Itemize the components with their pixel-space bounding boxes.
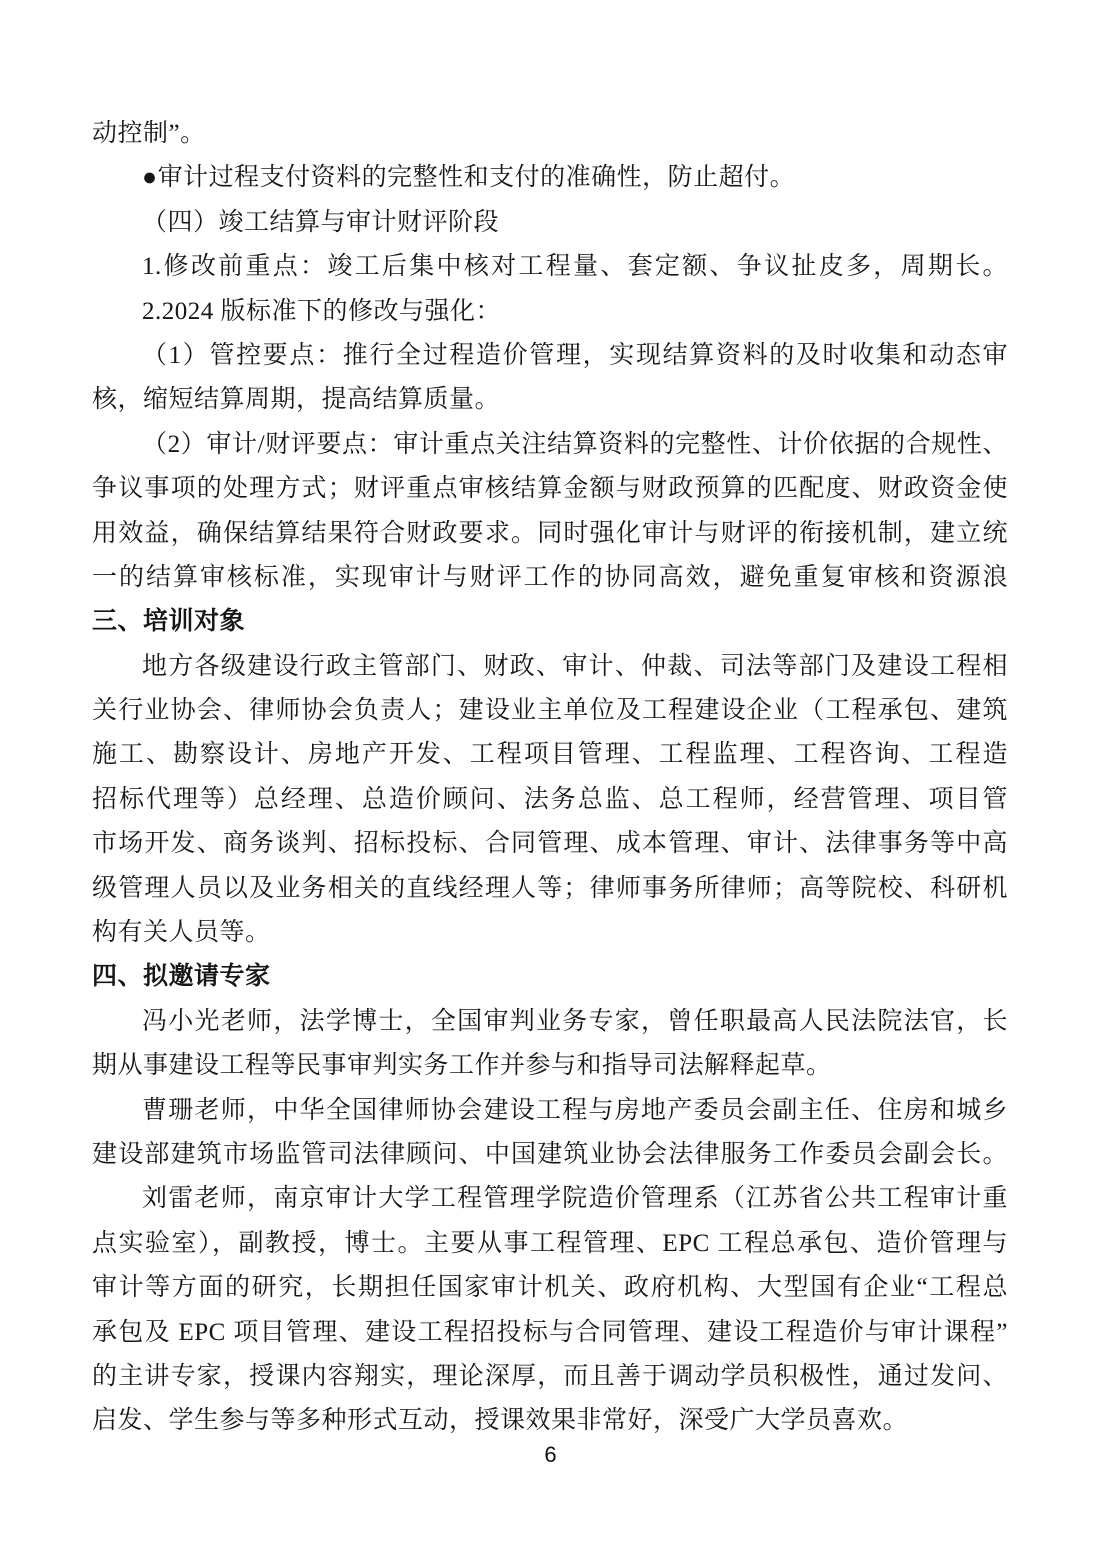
page-number: 6: [0, 1440, 1101, 1470]
text-line: 点实验室），副教授，博士。主要从事工程管理、EPC 工程总承包、造价管理与: [92, 1222, 1008, 1266]
text-line: 2.2024 版标准下的修改与强化：: [92, 290, 1008, 334]
text-line: 构有关人员等。: [92, 911, 1008, 955]
document-page: 动控制”。●审计过程支付资料的完整性和支付的准确性，防止超付。（四）竣工结算与审…: [0, 0, 1101, 1556]
text-line: 地方各级建设行政主管部门、财政、审计、仲裁、司法等部门及建设工程相: [92, 645, 1008, 689]
text-line: 动控制”。: [92, 112, 1008, 156]
text-line: （2）审计/财评要点：审计重点关注结算资料的完整性、计价依据的合规性、: [92, 423, 1008, 467]
text-line: 级管理人员以及业务相关的直线经理人等；律师事务所律师；高等院校、科研机: [92, 867, 1008, 911]
text-line: 冯小光老师，法学博士，全国审判业务专家，曾任职最高人民法院法官，长: [92, 1000, 1008, 1044]
text-line: （1）管控要点：推行全过程造价管理，实现结算资料的及时收集和动态审: [92, 334, 1008, 378]
text-line: 的主讲专家，授课内容翔实，理论深厚，而且善于调动学员积极性，通过发问、: [92, 1355, 1008, 1399]
text-line: 建设部建筑市场监管司法律顾问、中国建筑业协会法律服务工作委员会副会长。: [92, 1133, 1008, 1177]
text-line: 曹珊老师，中华全国律师协会建设工程与房地产委员会副主任、住房和城乡: [92, 1089, 1008, 1133]
text-line: 市场开发、商务谈判、招标投标、合同管理、成本管理、审计、法律事务等中高: [92, 822, 1008, 866]
text-line: （四）竣工结算与审计财评阶段: [92, 201, 1008, 245]
text-line: 招标代理等）总经理、总造价顾问、法务总监、总工程师，经营管理、项目管理、: [92, 778, 1008, 822]
text-line: 启发、学生参与等多种形式互动，授课效果非常好，深受广大学员喜欢。: [92, 1399, 1008, 1443]
text-line: 审计等方面的研究，长期担任国家审计机关、政府机构、大型国有企业“工程总: [92, 1266, 1008, 1310]
text-line: 一的结算审核标准，实现审计与财评工作的协同高效，避免重复审核和资源浪费。: [92, 556, 1008, 600]
document-body: 动控制”。●审计过程支付资料的完整性和支付的准确性，防止超付。（四）竣工结算与审…: [92, 112, 1008, 1444]
text-line: 争议事项的处理方式；财评重点审核结算金额与财政预算的匹配度、财政资金使: [92, 467, 1008, 511]
text-line: 刘雷老师，南京审计大学工程管理学院造价管理系（江苏省公共工程审计重: [92, 1177, 1008, 1221]
text-line: 1.修改前重点：竣工后集中核对工程量、套定额、争议扯皮多，周期长。: [92, 245, 1008, 289]
text-line: 三、培训对象: [92, 600, 1008, 644]
text-line: 关行业协会、律师协会负责人；建设业主单位及工程建设企业（工程承包、建筑: [92, 689, 1008, 733]
text-line: 施工、勘察设计、房地产开发、工程项目管理、工程监理、工程咨询、工程造价、: [92, 733, 1008, 777]
text-line: ●审计过程支付资料的完整性和支付的准确性，防止超付。: [92, 156, 1008, 200]
text-line: 核，缩短结算周期，提高结算质量。: [92, 378, 1008, 422]
text-line: 期从事建设工程等民事审判实务工作并参与和指导司法解释起草。: [92, 1044, 1008, 1088]
text-line: 承包及 EPC 项目管理、建设工程招投标与合同管理、建设工程造价与审计课程”: [92, 1311, 1008, 1355]
text-line: 四、拟邀请专家: [92, 955, 1008, 999]
text-line: 用效益，确保结算结果符合财政要求。同时强化审计与财评的衔接机制，建立统: [92, 512, 1008, 556]
